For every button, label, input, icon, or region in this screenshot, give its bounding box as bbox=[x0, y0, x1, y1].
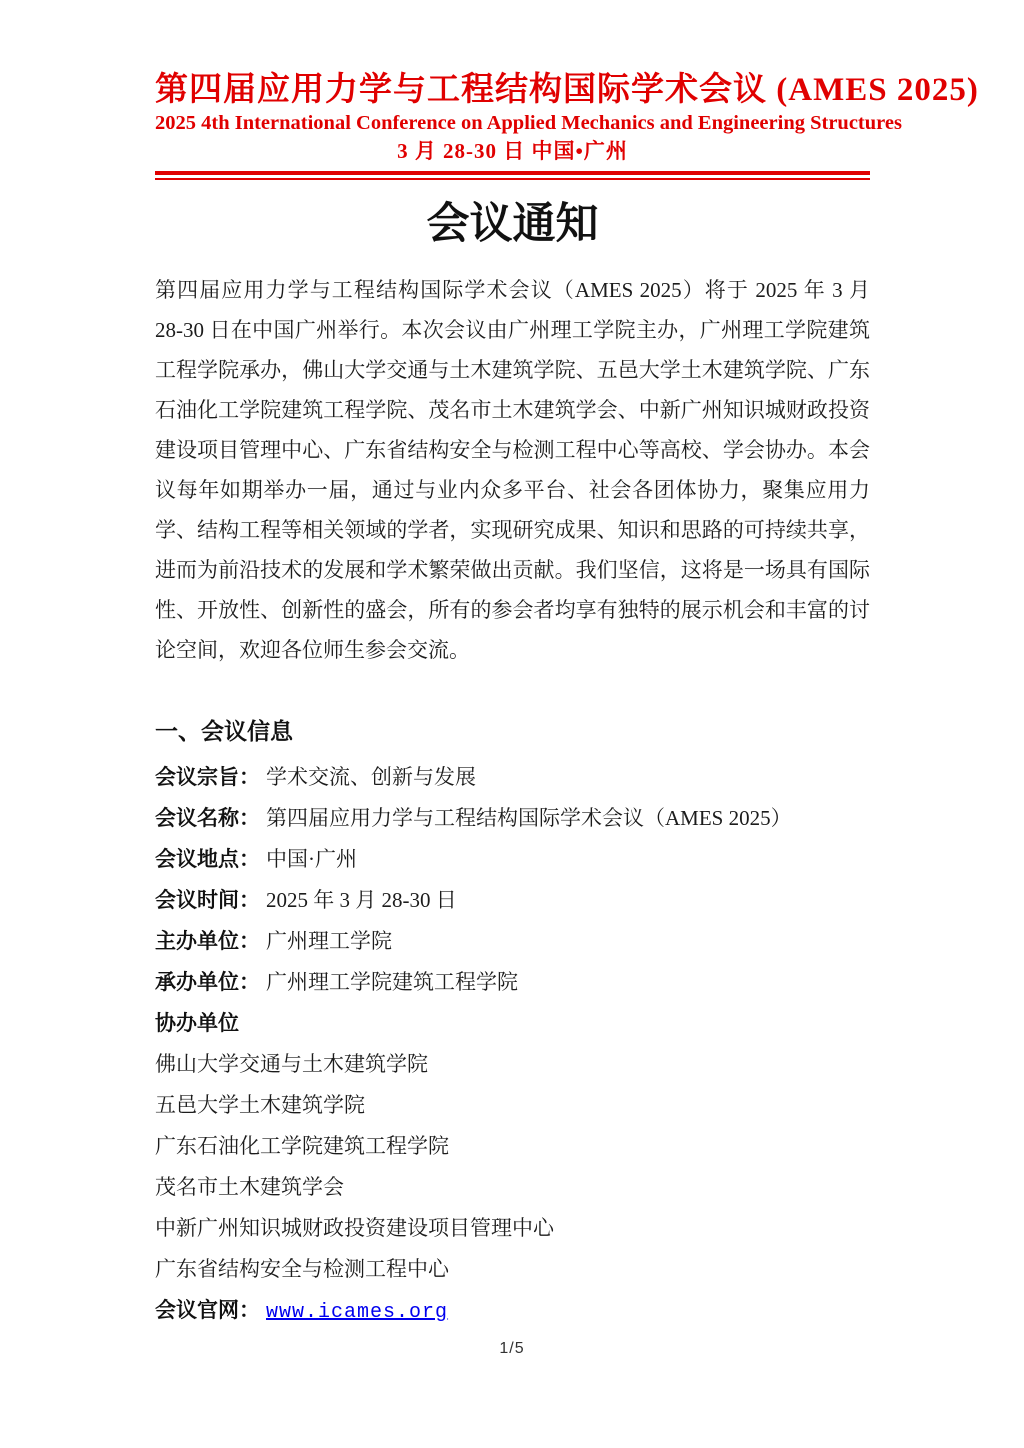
page-number: 1/5 bbox=[0, 1340, 1024, 1358]
letterhead: 第四届应用力学与工程结构国际学术会议 (AMES 2025) 2025 4th … bbox=[155, 70, 870, 180]
info-value: 第四届应用力学与工程结构国际学术会议（AMES 2025） bbox=[266, 806, 792, 830]
co-organizer-item: 佛山大学交通与土木建筑学院 bbox=[155, 1044, 870, 1085]
info-value: 中国·广州 bbox=[266, 847, 357, 871]
info-value: 广州理工学院建筑工程学院 bbox=[266, 970, 518, 994]
conference-title-en: 2025 4th International Conference on App… bbox=[155, 110, 870, 137]
info-label: 主办单位： bbox=[155, 930, 260, 953]
info-row-name: 会议名称：第四届应用力学与工程结构国际学术会议（AMES 2025） bbox=[155, 798, 870, 839]
info-row-host: 主办单位：广州理工学院 bbox=[155, 921, 870, 962]
conference-date-location: 3 月 28-30 日 中国•广州 bbox=[155, 137, 870, 165]
info-row-organizer: 承办单位：广州理工学院建筑工程学院 bbox=[155, 962, 870, 1003]
co-organizer-item: 中新广州知识城财政投资建设项目管理中心 bbox=[155, 1208, 870, 1249]
conference-title-cn: 第四届应用力学与工程结构国际学术会议 (AMES 2025) bbox=[155, 70, 870, 110]
co-organizer-item: 广东省结构安全与检测工程中心 bbox=[155, 1249, 870, 1290]
co-organizer-item: 五邑大学土木建筑学院 bbox=[155, 1085, 870, 1126]
page-title: 会议通知 bbox=[155, 198, 870, 250]
info-label: 会议宗旨： bbox=[155, 766, 260, 789]
co-organizer-item: 茂名市土木建筑学会 bbox=[155, 1167, 870, 1208]
double-rule-divider bbox=[155, 171, 870, 180]
info-value: 广州理工学院 bbox=[266, 929, 392, 953]
info-label: 会议时间： bbox=[155, 889, 260, 912]
info-label: 会议地点： bbox=[155, 848, 260, 871]
intro-paragraph: 第四届应用力学与工程结构国际学术会议（AMES 2025）将于 2025 年 3… bbox=[155, 270, 870, 670]
info-value: 2025 年 3 月 28-30 日 bbox=[266, 888, 457, 912]
info-row-purpose: 会议宗旨：学术交流、创新与发展 bbox=[155, 757, 870, 798]
section-heading-conference-info: 一、会议信息 bbox=[155, 716, 870, 746]
info-row-date: 会议时间：2025 年 3 月 28-30 日 bbox=[155, 880, 870, 921]
info-label: 会议名称： bbox=[155, 807, 260, 830]
conference-info-list: 会议宗旨：学术交流、创新与发展 会议名称：第四届应用力学与工程结构国际学术会议（… bbox=[155, 757, 870, 1333]
info-row-co-organizer-label: 协办单位 bbox=[155, 1003, 870, 1044]
document-page: 第四届应用力学与工程结构国际学术会议 (AMES 2025) 2025 4th … bbox=[0, 0, 1024, 1448]
website-label: 会议官网： bbox=[155, 1299, 260, 1322]
co-organizer-item: 广东石油化工学院建筑工程学院 bbox=[155, 1126, 870, 1167]
info-label: 承办单位： bbox=[155, 971, 260, 994]
website-link[interactable]: www.icames.org bbox=[266, 1301, 448, 1324]
info-row-website: 会议官网：www.icames.org bbox=[155, 1290, 870, 1333]
co-organizer-label: 协办单位 bbox=[155, 1012, 239, 1035]
info-value: 学术交流、创新与发展 bbox=[266, 765, 476, 789]
info-row-location: 会议地点：中国·广州 bbox=[155, 839, 870, 880]
